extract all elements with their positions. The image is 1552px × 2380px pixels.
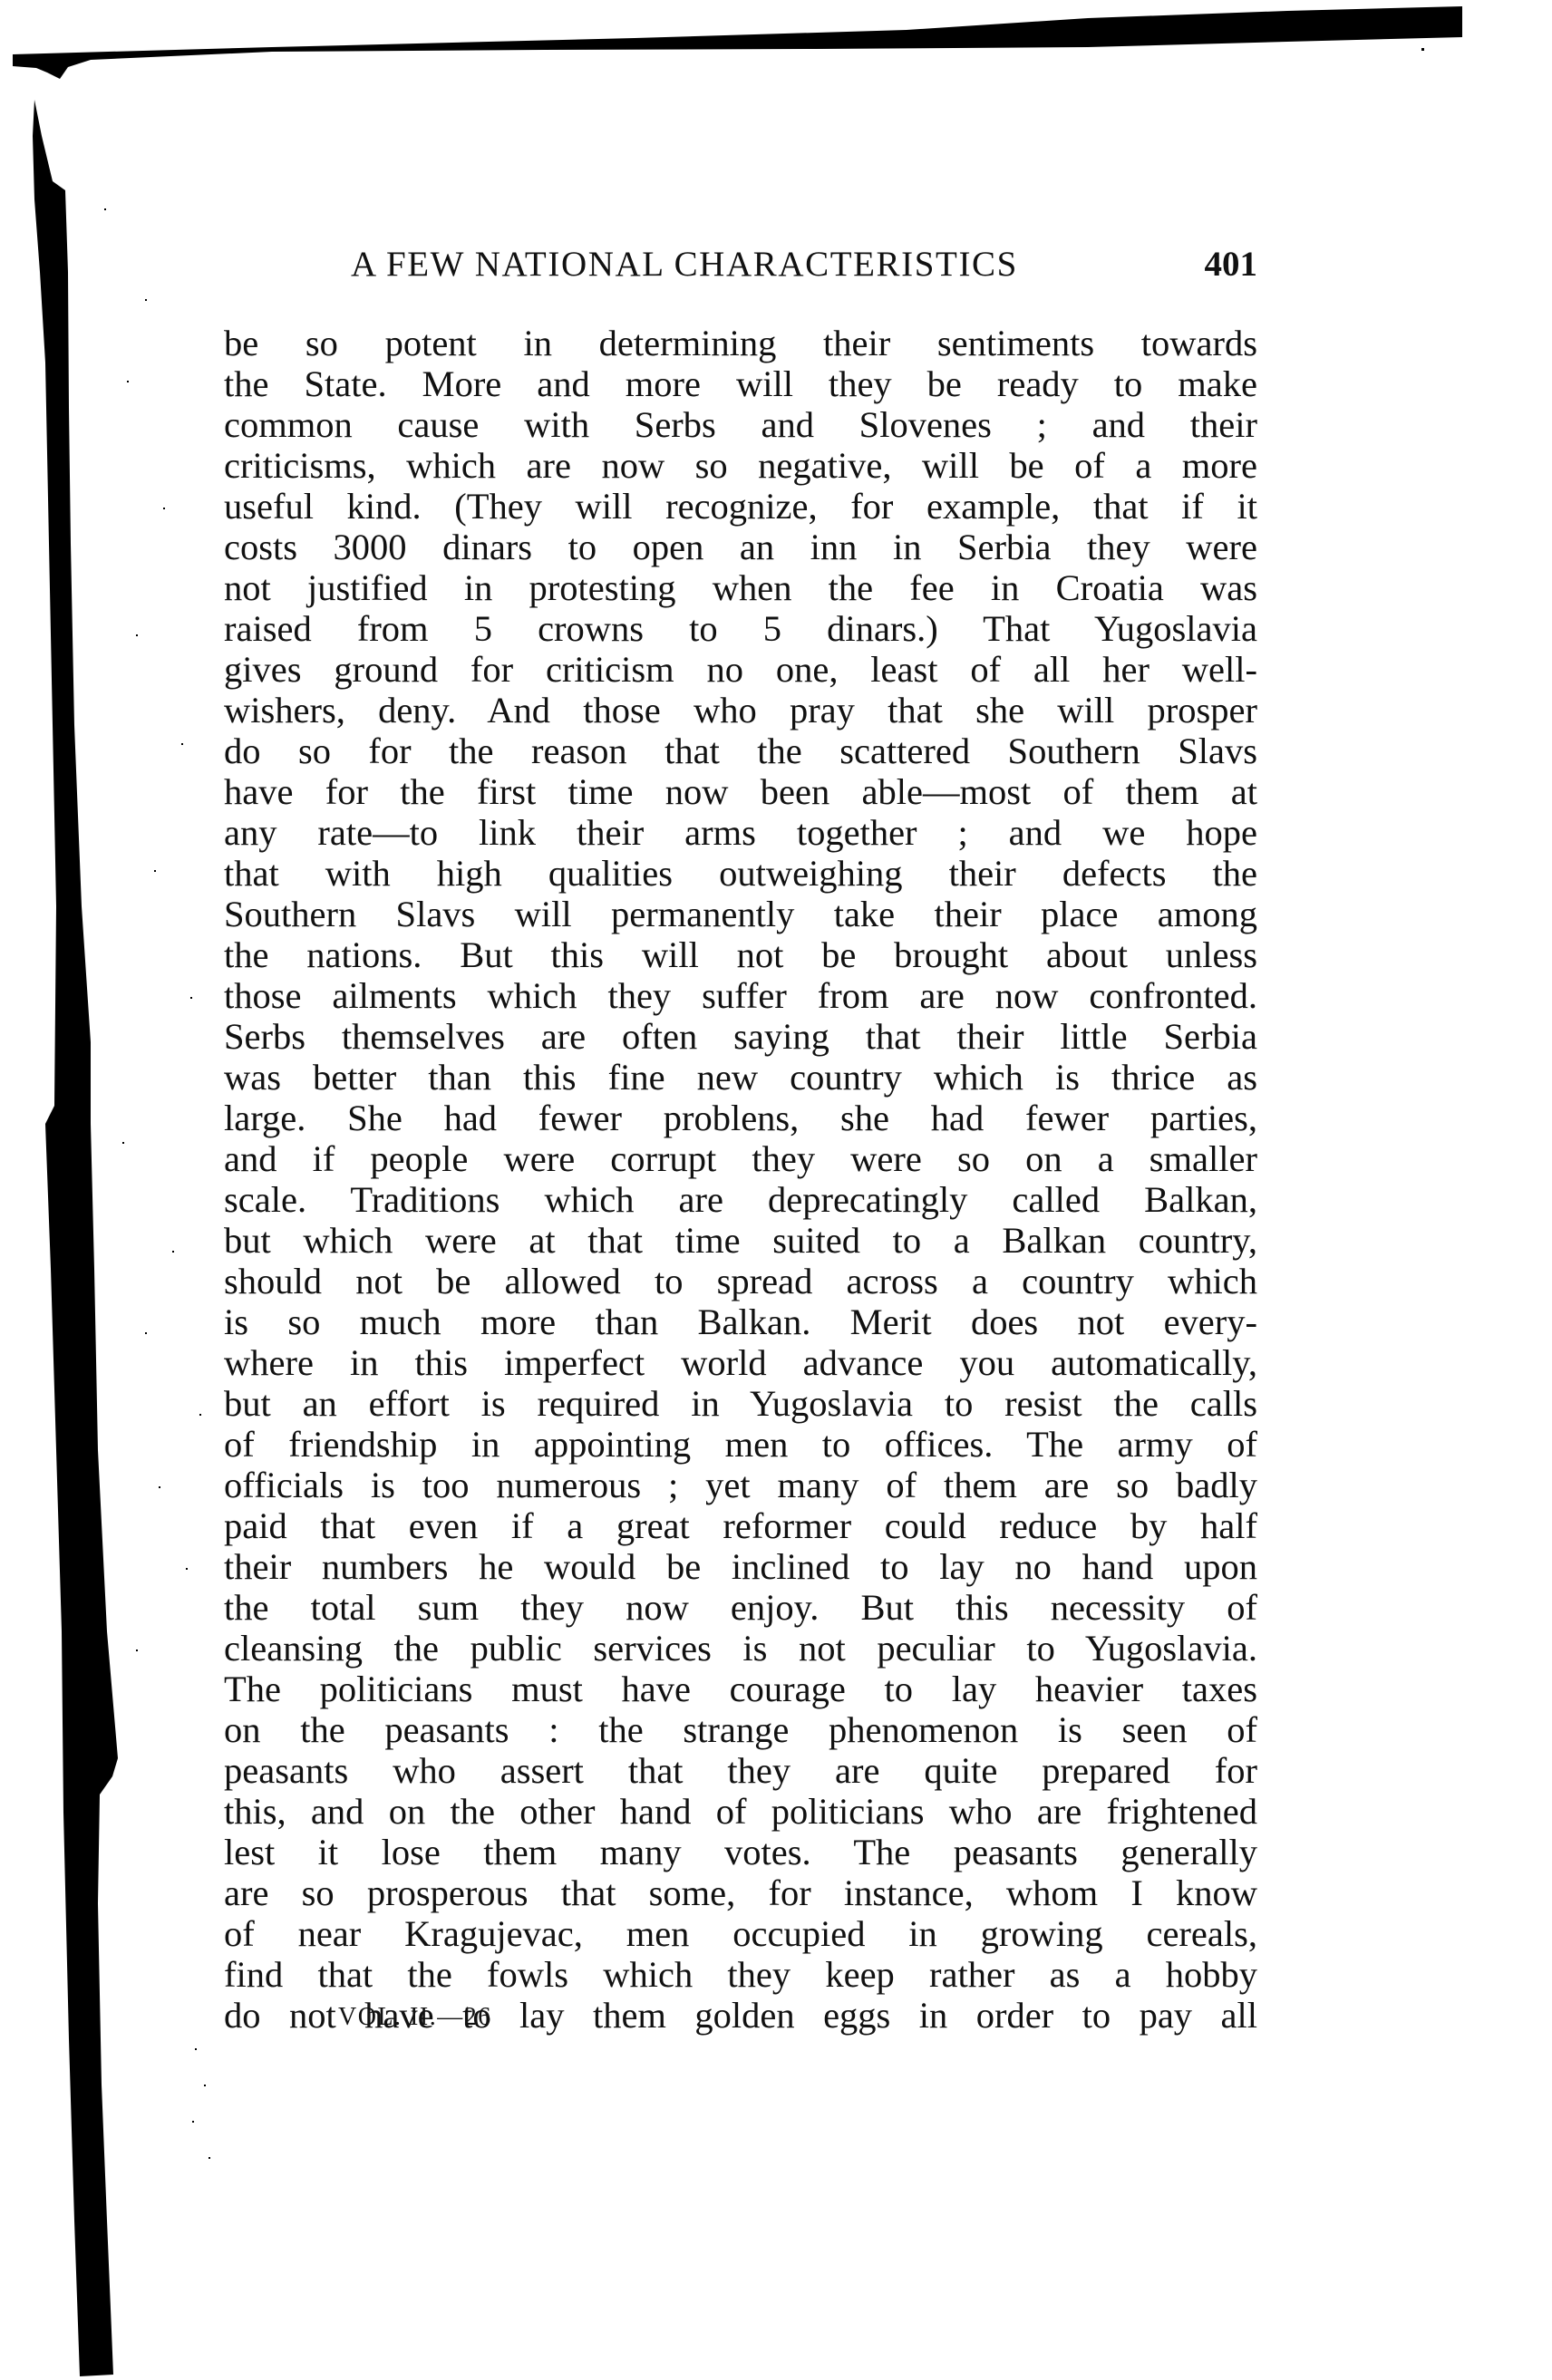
text-line: do so for the reason that the scattered … xyxy=(224,730,1257,771)
text-line: any rate—to link their arms together ; a… xyxy=(224,812,1257,853)
text-line: criticisms, which are now so negative, w… xyxy=(224,445,1257,486)
text-line: common cause with Serbs and Slovenes ; a… xyxy=(224,404,1257,445)
text-line: raised from 5 crowns to 5 dinars.) That … xyxy=(224,608,1257,649)
text-line: but which were at that time suited to a … xyxy=(224,1220,1257,1261)
running-head-title: A FEW NATIONAL CHARACTERISTICS xyxy=(351,243,1018,286)
text-line: the State. More and more will they be re… xyxy=(224,363,1257,404)
text-line: the nations. But this will not be brough… xyxy=(224,934,1257,975)
text-line: wishers, deny. And those who pray that s… xyxy=(224,690,1257,730)
text-line: but an effort is required in Yugoslavia … xyxy=(224,1383,1257,1424)
text-line: large. She had fewer problens, she had f… xyxy=(224,1098,1257,1138)
text-line: the total sum they now enjoy. But this n… xyxy=(224,1587,1257,1628)
text-line: where in this imperfect world advance yo… xyxy=(224,1342,1257,1383)
text-line: of friendship in appointing men to offic… xyxy=(224,1424,1257,1465)
book-page: A FEW NATIONAL CHARACTERISTICS 401 be so… xyxy=(0,0,1552,2380)
left-edge-shadow xyxy=(33,100,118,2376)
text-line: gives ground for criticism no one, least… xyxy=(224,649,1257,690)
body-paragraph: be so potent in determining their sentim… xyxy=(224,323,1257,2036)
text-line: Serbs themselves are often saying that t… xyxy=(224,1016,1257,1057)
text-line: peasants who assert that they are quite … xyxy=(224,1750,1257,1791)
text-line: find that the fowls which they keep rath… xyxy=(224,1954,1257,1995)
text-line: that with high qualities outweighing the… xyxy=(224,853,1257,894)
text-line: should not be allowed to spread across a… xyxy=(224,1261,1257,1301)
text-line: useful kind. (They will recognize, for e… xyxy=(224,486,1257,527)
text-line: not justified in protesting when the fee… xyxy=(224,567,1257,608)
text-line: is so much more than Balkan. Merit does … xyxy=(224,1301,1257,1342)
text-line: lest it lose them many votes. The peasan… xyxy=(224,1832,1257,1872)
text-line: be so potent in determining their sentim… xyxy=(224,323,1257,363)
text-line: on the peasants : the strange phenomenon… xyxy=(224,1709,1257,1750)
running-head: A FEW NATIONAL CHARACTERISTICS 401 xyxy=(224,243,1257,286)
text-line: their numbers he would be inclined to la… xyxy=(224,1546,1257,1587)
text-line: have for the first time now been able—mo… xyxy=(224,771,1257,812)
text-line: those ailments which they suffer from ar… xyxy=(224,975,1257,1016)
text-line: scale. Traditions which are deprecatingl… xyxy=(224,1179,1257,1220)
text-line: of near Kragujevac, men occupied in grow… xyxy=(224,1913,1257,1954)
text-line: officials is too numerous ; yet many of … xyxy=(224,1465,1257,1505)
text-line: this, and on the other hand of politicia… xyxy=(224,1791,1257,1832)
text-line: and if people were corrupt they were so … xyxy=(224,1138,1257,1179)
text-line: Southern Slavs will permanently take the… xyxy=(224,894,1257,934)
page-number: 401 xyxy=(1205,243,1258,286)
text-line: The politicians must have courage to lay… xyxy=(224,1669,1257,1709)
text-line: costs 3000 dinars to open an inn in Serb… xyxy=(224,527,1257,567)
text-line: cleansing the public services is not pec… xyxy=(224,1628,1257,1669)
text-line: was better than this fine new country wh… xyxy=(224,1057,1257,1098)
signature-mark: VOL. II.—26 xyxy=(338,1999,492,2036)
text-line: paid that even if a great reformer could… xyxy=(224,1505,1257,1546)
top-edge-shadow xyxy=(13,6,1462,79)
text-line: are so prosperous that some, for instanc… xyxy=(224,1872,1257,1913)
